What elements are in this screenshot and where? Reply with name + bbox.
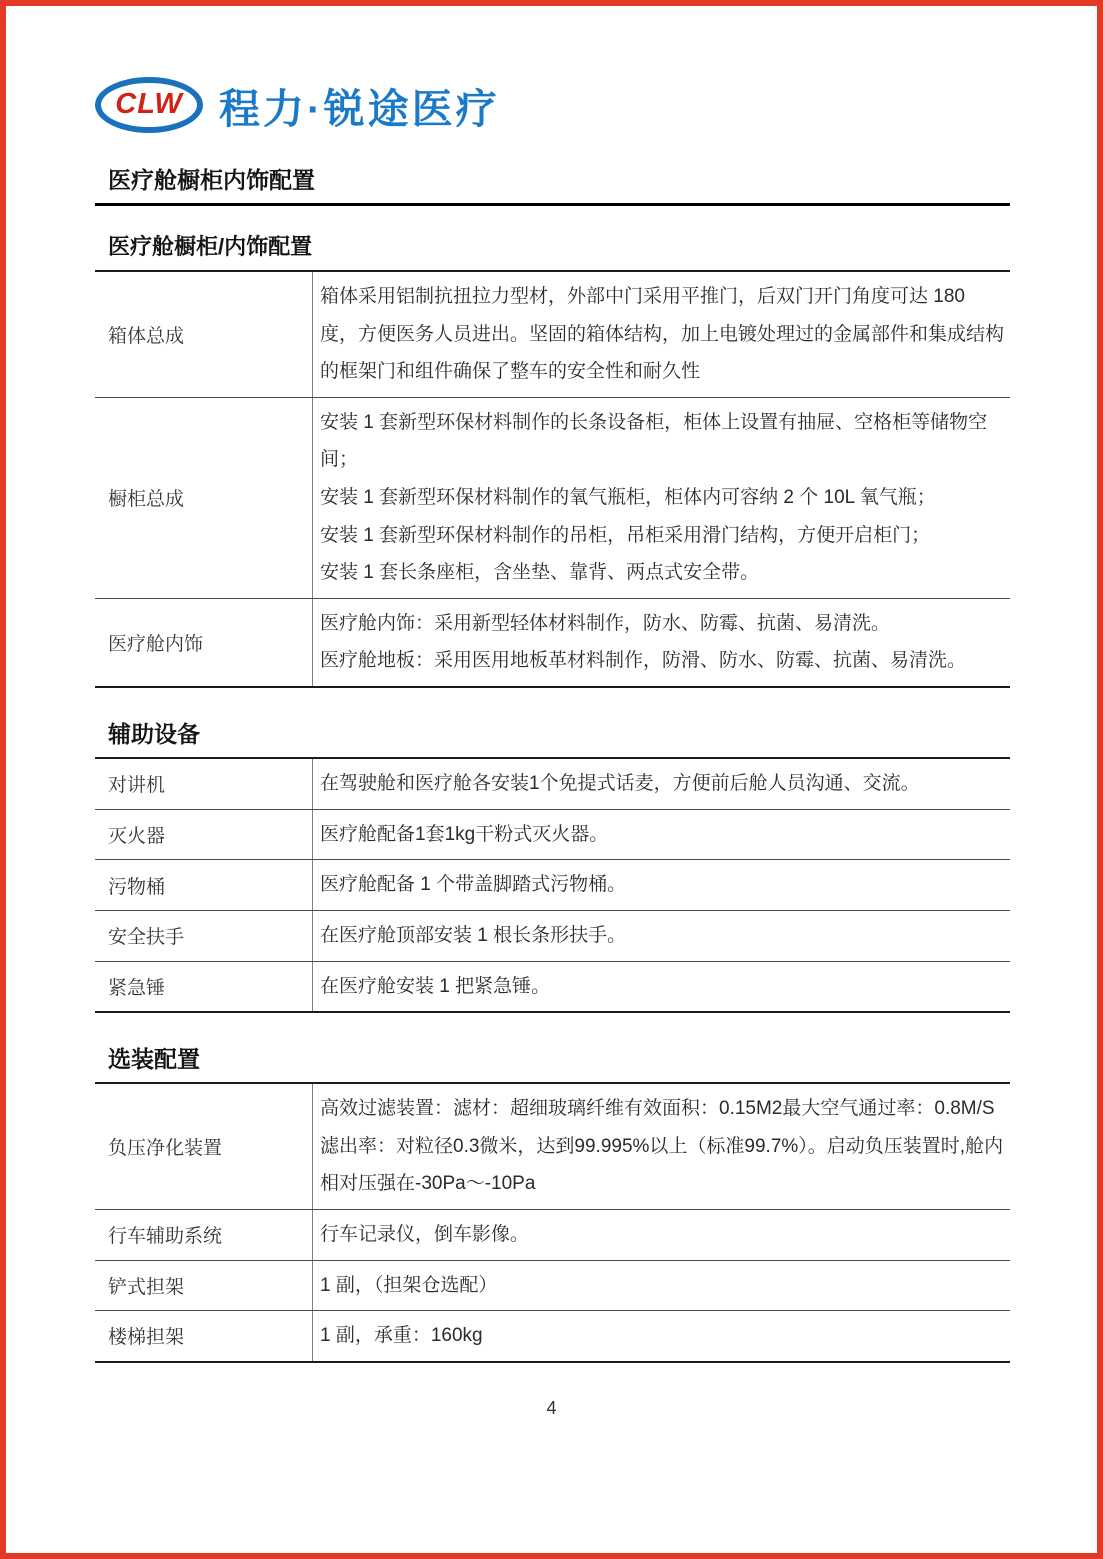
page-number: 4 [0, 1398, 1103, 1419]
row-value: 医疗舱配备1套1kg干粉式灭火器。 [313, 809, 1011, 860]
section-subtitle: 医疗舱橱柜/内饰配置 [95, 230, 1010, 272]
row-label: 橱柜总成 [95, 397, 313, 598]
row-label: 安全扶手 [95, 910, 313, 961]
table-row: 楼梯担架1 副，承重：160kg [95, 1311, 1010, 1362]
spec-table: 箱体总成箱体采用铝制抗扭拉力型材，外部中门采用平推门，后双门开门角度可达 180… [95, 272, 1010, 688]
row-label: 楼梯担架 [95, 1311, 313, 1362]
table-row: 紧急锤在医疗舱安装 1 把紧急锤。 [95, 961, 1010, 1012]
row-value: 箱体采用铝制抗扭拉力型材，外部中门采用平推门，后双门开门角度可达 180 度，方… [313, 272, 1011, 397]
row-label: 对讲机 [95, 759, 313, 809]
row-label: 铲式担架 [95, 1260, 313, 1311]
spec-section: 医疗舱橱柜内饰配置医疗舱橱柜/内饰配置箱体总成箱体采用铝制抗扭拉力型材，外部中门… [95, 162, 1010, 688]
row-paragraph: 高效过滤装置：滤材：超细玻璃纤维有效面积：0.15M2最大空气通过率：0.8M/… [320, 1090, 1006, 1203]
table-row: 灭火器医疗舱配备1套1kg干粉式灭火器。 [95, 809, 1010, 860]
table-row: 橱柜总成安装 1 套新型环保材料制作的长条设备柜，柜体上设置有抽屉、空格柜等储物… [95, 397, 1010, 598]
row-value: 在医疗舱安装 1 把紧急锤。 [313, 961, 1011, 1012]
row-value: 医疗舱配备 1 个带盖脚踏式污物桶。 [313, 860, 1011, 911]
row-paragraph: 安装 1 套新型环保材料制作的吊柜，吊柜采用滑门结构，方便开启柜门； [320, 517, 1006, 555]
table-row: 污物桶医疗舱配备 1 个带盖脚踏式污物桶。 [95, 860, 1010, 911]
section-title: 医疗舱橱柜内饰配置 [95, 162, 1010, 206]
row-label: 负压净化装置 [95, 1084, 313, 1209]
row-paragraph: 1 副，承重：160kg [320, 1317, 1006, 1355]
row-value: 医疗舱内饰：采用新型轻体材料制作，防水、防霉、抗菌、易清洗。医疗舱地板：采用医用… [313, 598, 1011, 687]
brand-name: 程力·锐途医疗 [219, 76, 500, 135]
table-row: 箱体总成箱体采用铝制抗扭拉力型材，外部中门采用平推门，后双门开门角度可达 180… [95, 272, 1010, 397]
row-paragraph: 医疗舱配备1套1kg干粉式灭火器。 [320, 816, 1006, 854]
row-paragraph: 安装 1 套新型环保材料制作的氧气瓶柜，柜体内可容纳 2 个 10L 氧气瓶； [320, 479, 1006, 517]
row-paragraph: 安装 1 套长条座柜，含坐垫、靠背、两点式安全带。 [320, 554, 1006, 592]
section-title: 辅助设备 [95, 716, 1010, 759]
row-paragraph: 医疗舱内饰：采用新型轻体材料制作，防水、防霉、抗菌、易清洗。 [320, 605, 1006, 643]
clw-logo-icon: CLW [95, 77, 203, 133]
table-row: 铲式担架1 副，（担架仓选配） [95, 1260, 1010, 1311]
row-value: 1 副，（担架仓选配） [313, 1260, 1011, 1311]
row-value: 1 副，承重：160kg [313, 1311, 1011, 1362]
row-label: 医疗舱内饰 [95, 598, 313, 687]
row-value: 安装 1 套新型环保材料制作的长条设备柜，柜体上设置有抽屉、空格柜等储物空间；安… [313, 397, 1011, 598]
row-paragraph: 在医疗舱顶部安装 1 根长条形扶手。 [320, 917, 1006, 955]
row-label: 箱体总成 [95, 272, 313, 397]
table-row: 负压净化装置高效过滤装置：滤材：超细玻璃纤维有效面积：0.15M2最大空气通过率… [95, 1084, 1010, 1209]
table-row: 对讲机在驾驶舱和医疗舱各安装1个免提式话麦，方便前后舱人员沟通、交流。 [95, 759, 1010, 809]
row-label: 行车辅助系统 [95, 1209, 313, 1260]
spec-table: 负压净化装置高效过滤装置：滤材：超细玻璃纤维有效面积：0.15M2最大空气通过率… [95, 1084, 1010, 1363]
row-label: 污物桶 [95, 860, 313, 911]
table-row: 安全扶手在医疗舱顶部安装 1 根长条形扶手。 [95, 910, 1010, 961]
brand-logo: CLW 程力·锐途医疗 [95, 76, 1010, 134]
row-value: 在驾驶舱和医疗舱各安装1个免提式话麦，方便前后舱人员沟通、交流。 [313, 759, 1011, 809]
section-title: 选装配置 [95, 1041, 1010, 1084]
row-paragraph: 安装 1 套新型环保材料制作的长条设备柜，柜体上设置有抽屉、空格柜等储物空间； [320, 404, 1006, 479]
table-row: 行车辅助系统行车记录仪，倒车影像。 [95, 1209, 1010, 1260]
clw-logo-text: CLW [115, 88, 182, 121]
spec-section: 选装配置负压净化装置高效过滤装置：滤材：超细玻璃纤维有效面积：0.15M2最大空… [95, 1041, 1010, 1363]
row-value: 高效过滤装置：滤材：超细玻璃纤维有效面积：0.15M2最大空气通过率：0.8M/… [313, 1084, 1011, 1209]
table-row: 医疗舱内饰医疗舱内饰：采用新型轻体材料制作，防水、防霉、抗菌、易清洗。医疗舱地板… [95, 598, 1010, 687]
spec-sections: 医疗舱橱柜内饰配置医疗舱橱柜/内饰配置箱体总成箱体采用铝制抗扭拉力型材，外部中门… [95, 162, 1010, 1363]
row-value: 在医疗舱顶部安装 1 根长条形扶手。 [313, 910, 1011, 961]
spec-section: 辅助设备对讲机在驾驶舱和医疗舱各安装1个免提式话麦，方便前后舱人员沟通、交流。灭… [95, 716, 1010, 1013]
row-paragraph: 行车记录仪，倒车影像。 [320, 1216, 1006, 1254]
row-label: 灭火器 [95, 809, 313, 860]
row-label: 紧急锤 [95, 961, 313, 1012]
row-paragraph: 1 副，（担架仓选配） [320, 1267, 1006, 1305]
document-page: CLW 程力·锐途医疗 医疗舱橱柜内饰配置医疗舱橱柜/内饰配置箱体总成箱体采用铝… [95, 0, 1010, 1363]
row-paragraph: 在驾驶舱和医疗舱各安装1个免提式话麦，方便前后舱人员沟通、交流。 [320, 765, 1006, 803]
spec-table: 对讲机在驾驶舱和医疗舱各安装1个免提式话麦，方便前后舱人员沟通、交流。灭火器医疗… [95, 759, 1010, 1013]
row-paragraph: 在医疗舱安装 1 把紧急锤。 [320, 968, 1006, 1006]
row-paragraph: 医疗舱配备 1 个带盖脚踏式污物桶。 [320, 866, 1006, 904]
row-paragraph: 箱体采用铝制抗扭拉力型材，外部中门采用平推门，后双门开门角度可达 180 度，方… [320, 278, 1006, 391]
row-paragraph: 医疗舱地板：采用医用地板革材料制作，防滑、防水、防霉、抗菌、易清洗。 [320, 642, 1006, 680]
row-value: 行车记录仪，倒车影像。 [313, 1209, 1011, 1260]
